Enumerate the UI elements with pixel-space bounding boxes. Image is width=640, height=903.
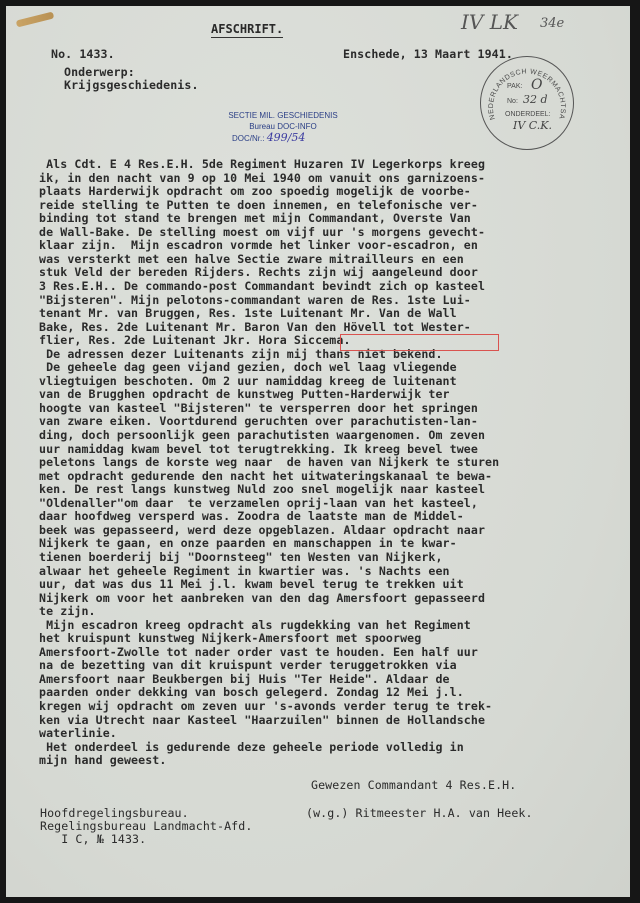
body-line: waterlinie. bbox=[39, 727, 117, 741]
body-line: de Wall-Bake. De stelling moest om vijf … bbox=[39, 226, 485, 240]
body-line: vliegtuigen beschoten. Om 2 uur namiddag… bbox=[39, 375, 457, 389]
body-line: te zijn. bbox=[39, 605, 96, 619]
body-line: na de bezetting van dit kruispunt verder… bbox=[39, 659, 457, 673]
body-line: "Oldenaller"om daar te verzamelen oprij-… bbox=[39, 497, 478, 511]
body-line: stuk Veld der bereden Rijders. Rechts zi… bbox=[39, 266, 478, 280]
body-line: was versterkt met een halve Sectie zware… bbox=[39, 253, 464, 267]
body-line: 3 Res.E.H.. De commando-post Commandant … bbox=[39, 280, 485, 294]
seal-onderdeel-label: ONDERDEEL: bbox=[505, 111, 551, 118]
body-line: daar hoofdweg versperd was. Zoodra de la… bbox=[39, 510, 464, 524]
body-line: uur, dat was dus 11 Mei j.l. kwam bevel … bbox=[39, 578, 464, 592]
stamp-line-1: SECTIE MIL. GESCHIEDENIS bbox=[228, 110, 338, 121]
body-line: het kruispunt kunstweg Nijkerk-Amersfoor… bbox=[39, 632, 421, 646]
body-line: tienen boerderij bij "Doornsteeg" ten We… bbox=[39, 551, 443, 565]
body-line: van de Brugghen opdracht de kunstweg Put… bbox=[39, 388, 450, 402]
body-line: Amersfoort-Zwolle tot nader order vast t… bbox=[39, 646, 478, 660]
archive-seal: NEDERLANDSCH WEERMACHTSARCHIEF PAK: O No… bbox=[480, 56, 574, 150]
body-line: ken via Utrecht naar Kasteel "Haarzuilen… bbox=[39, 714, 485, 728]
body-line: van zware eiken. Voortdurend geruchten o… bbox=[39, 415, 478, 429]
body-line: alwaar het geheele Regiment in kwartier … bbox=[39, 565, 450, 579]
section-stamp: SECTIE MIL. GESCHIEDENIS Bureau DOC-INFO… bbox=[228, 110, 338, 144]
body-line: Mijn escadron kreeg opdracht als rugdekk… bbox=[39, 619, 471, 633]
highlight-box bbox=[340, 334, 499, 351]
stamp-doc-value: 499/54 bbox=[267, 131, 306, 144]
signature-name: (w.g.) Ritmeester H.A. van Heek. bbox=[306, 807, 533, 821]
body-line: binding tot stand te brengen met mijn Co… bbox=[39, 212, 471, 226]
body-line: Nijkerk om voor het aanbreken van den da… bbox=[39, 592, 485, 606]
body-line: "Bijsteren". Mijn pelotons-commandant wa… bbox=[39, 294, 471, 308]
stamp-doc-row: DOC/Nr.: 499/54 bbox=[228, 132, 338, 144]
body-line: Amersfoort naar Beukbergen bij Huis "Ter… bbox=[39, 673, 450, 687]
body-line: beek was gepasseerd, werd deze opgeblaze… bbox=[39, 524, 485, 538]
stain-mark bbox=[16, 12, 55, 28]
signature-title: Gewezen Commandant 4 Res.E.H. bbox=[311, 779, 516, 793]
body-line: De geheele dag geen vijand gezien, doch … bbox=[39, 361, 457, 375]
stamp-doc-label: DOC/Nr.: bbox=[232, 134, 264, 143]
body-line: kregen wij opdracht om zeven uur 's-avon… bbox=[39, 700, 492, 714]
footer-line: I C, № 1433. bbox=[40, 833, 146, 847]
body-line: met opdracht gedurende den nacht het uit… bbox=[39, 470, 492, 484]
body-line: ding, doch persoonlijk geen parachutiste… bbox=[39, 429, 485, 443]
body-line: plaats Harderwijk opdracht om zoo spoedi… bbox=[39, 185, 471, 199]
seal-onderdeel-value: IV C.K. bbox=[513, 119, 552, 132]
handwritten-note: 34e bbox=[540, 16, 564, 31]
document-number: No. 1433. bbox=[51, 48, 115, 62]
body-line: peletons langs de korste weg naar de hav… bbox=[39, 456, 499, 470]
body-line: uur namiddag kwam bevel tot terugtrekkin… bbox=[39, 443, 478, 457]
handwritten-annotation: IV LK bbox=[461, 10, 518, 34]
body-line: tenant Mr. van Bruggen, Res. 1ste Luiten… bbox=[39, 307, 457, 321]
seal-no-label: No: bbox=[507, 98, 518, 105]
body-line: Bake, Res. 2de Luitenant Mr. Baron Van d… bbox=[39, 321, 471, 335]
document-page: AFSCHRIFT. IV LK 34e No. 1433. Enschede,… bbox=[6, 6, 630, 897]
seal-pak-label: PAK: bbox=[507, 83, 522, 90]
body-line: Het onderdeel is gedurende deze geheele … bbox=[39, 741, 464, 755]
subject: Krijgsgeschiedenis. bbox=[64, 79, 199, 93]
body-line: ik, in den nacht van 9 op 10 Mei 1940 om… bbox=[39, 172, 485, 186]
body-line: mijn hand geweest. bbox=[39, 754, 166, 768]
body-line: klaar zijn. Mijn escadron vormde het lin… bbox=[39, 239, 478, 253]
body-line: paarden onder dekking van bosch gelegerd… bbox=[39, 686, 464, 700]
seal-no-value: 32 d bbox=[523, 93, 548, 106]
body-line: Nijkerk te gaan, en onze paarden en mans… bbox=[39, 537, 457, 551]
document-title: AFSCHRIFT. bbox=[211, 22, 283, 38]
body-line: Als Cdt. E 4 Res.E.H. 5de Regiment Huzar… bbox=[39, 158, 485, 172]
seal-pak-value: O bbox=[531, 77, 542, 93]
body-line: hoogte van kasteel "Bijsteren" te verspe… bbox=[39, 402, 478, 416]
body-line: flier, Res. 2de Luitenant Jkr. Hora Sicc… bbox=[39, 334, 351, 348]
body-line: reide stelling te Putten te doen innemen… bbox=[39, 199, 478, 213]
body-line: ken. De rest langs kunstweg Nuld zoo sne… bbox=[39, 483, 485, 497]
